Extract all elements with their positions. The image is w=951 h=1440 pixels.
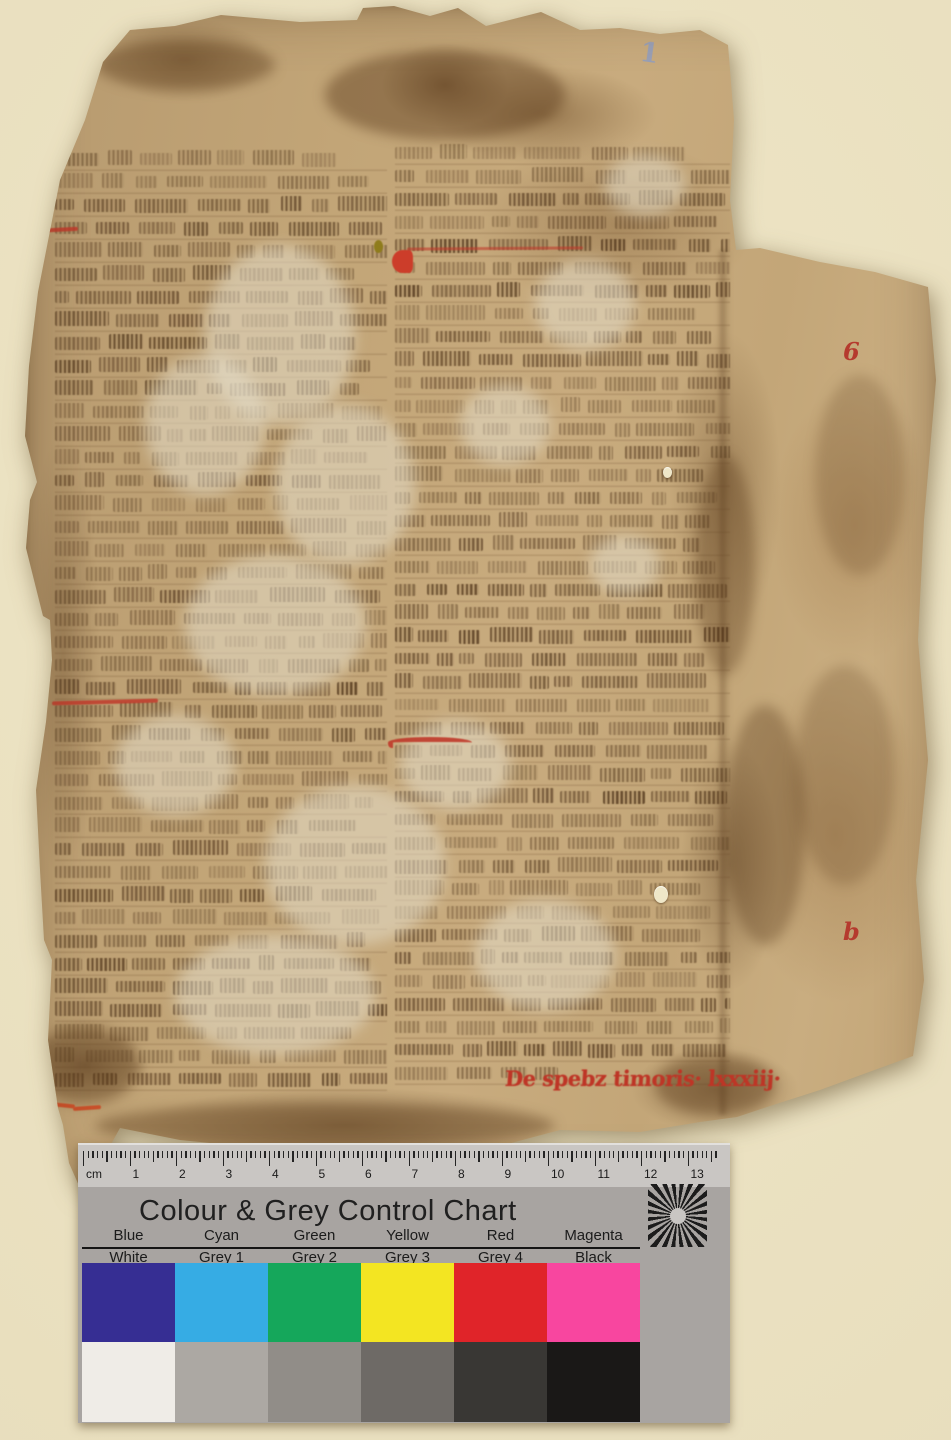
manuscript-text-line [395, 901, 730, 924]
manuscript-word-strokes [606, 745, 642, 757]
manuscript-text-line [55, 194, 387, 217]
ruler-tick [353, 1151, 354, 1158]
manuscript-word-strokes [215, 406, 230, 419]
manuscript-word-strokes [278, 176, 330, 189]
manuscript-word-strokes [132, 958, 165, 970]
manuscript-word-strokes [636, 630, 692, 643]
manuscript-word-strokes [657, 469, 704, 482]
manuscript-word-strokes [257, 682, 288, 695]
mold-stain [275, 405, 415, 565]
manuscript-word-strokes [503, 1021, 538, 1033]
manuscript-text-line [55, 585, 387, 608]
manuscript-word-strokes [395, 604, 428, 619]
manuscript-word-strokes [88, 521, 140, 533]
manuscript-word-strokes [167, 429, 183, 442]
ruler-tick [478, 1151, 479, 1162]
swatch-#e02429 [454, 1263, 547, 1342]
ruler-tick [246, 1151, 247, 1162]
manuscript-word-strokes [150, 406, 178, 418]
manuscript-word-strokes [345, 245, 387, 258]
manuscript-word-strokes [662, 515, 679, 529]
manuscript-word-strokes [473, 147, 515, 159]
manuscript-word-strokes [568, 837, 615, 849]
ruler-tick [223, 1151, 224, 1166]
manuscript-word-strokes [490, 627, 533, 642]
ruler-tick [571, 1151, 572, 1162]
manuscript-text-line [395, 211, 730, 234]
manuscript-word-strokes [651, 768, 671, 779]
ruler-tick [585, 1151, 586, 1158]
label-yellow: Yellow [361, 1227, 454, 1244]
manuscript-text-line [55, 769, 387, 792]
manuscript-text-line [395, 694, 730, 717]
manuscript-word-strokes [267, 429, 311, 440]
manuscript-word-strokes [244, 613, 271, 624]
ruler-number: 1 [133, 1167, 140, 1181]
manuscript-word-strokes [551, 469, 579, 482]
manuscript-word-strokes [55, 173, 93, 188]
manuscript-word-strokes [451, 722, 485, 735]
manuscript-word-strokes [577, 699, 610, 712]
manuscript-word-strokes [586, 351, 642, 366]
manuscript-word-strokes [96, 222, 130, 234]
manuscript-word-strokes [624, 837, 679, 849]
label-cyan: Cyan [175, 1227, 268, 1244]
manuscript-text-line [55, 999, 387, 1022]
manuscript-word-strokes [530, 676, 549, 689]
manuscript-word-strokes [431, 239, 477, 253]
manuscript-word-strokes [681, 768, 730, 782]
ruler-tick [213, 1151, 214, 1158]
manuscript-text-line [55, 953, 387, 976]
manuscript-word-strokes [273, 495, 288, 510]
manuscript-word-strokes [395, 262, 415, 273]
swatch-#aca8a3 [175, 1342, 268, 1422]
manuscript-word-strokes [238, 567, 287, 578]
manuscript-text-line [55, 677, 387, 700]
manuscript-word-strokes [627, 607, 661, 619]
manuscript-word-strokes [611, 998, 656, 1012]
manuscript-word-strokes [148, 521, 178, 535]
manuscript-word-strokes [162, 771, 212, 786]
manuscript-word-strokes [581, 926, 634, 941]
manuscript-word-strokes [180, 751, 205, 763]
manuscript-word-strokes [350, 495, 387, 510]
ruler-tick [636, 1151, 637, 1158]
manuscript-word-strokes [154, 475, 190, 487]
manuscript-word-strokes [140, 153, 172, 165]
manuscript-word-strokes [217, 1027, 237, 1039]
manuscript-word-strokes [276, 797, 294, 809]
ruler-tick [632, 1151, 633, 1158]
manuscript-word-strokes [436, 331, 489, 342]
manuscript-word-strokes [688, 377, 730, 389]
manuscript-word-strokes [650, 883, 700, 895]
manuscript-text-line [395, 188, 730, 211]
manuscript-word-strokes [55, 495, 104, 510]
manuscript-word-strokes [119, 426, 161, 441]
manuscript-word-strokes [178, 150, 211, 165]
ruler-number: 2 [179, 1167, 186, 1181]
ruler-tick [697, 1151, 698, 1158]
manuscript-word-strokes [500, 331, 544, 343]
manuscript-word-strokes [681, 952, 697, 963]
ruler-tick [181, 1151, 182, 1158]
manuscript-word-strokes [395, 837, 435, 850]
swatch-#1a1817 [547, 1342, 640, 1422]
chart-title: Colour & Grey Control Chart [139, 1195, 517, 1228]
manuscript-word-strokes [119, 567, 142, 581]
manuscript-word-strokes [247, 820, 266, 832]
manuscript-word-strokes [395, 515, 426, 527]
manuscript-word-strokes [352, 843, 387, 854]
manuscript-word-strokes [201, 728, 224, 741]
manuscript-word-strokes [312, 199, 329, 212]
mold-stain [400, 720, 510, 810]
manuscript-word-strokes [82, 843, 125, 856]
manuscript-word-strokes [587, 515, 602, 527]
ruler-tick [92, 1151, 93, 1158]
manuscript-word-strokes [552, 906, 600, 920]
manuscript-text-line [395, 947, 730, 970]
manuscript-word-strokes [243, 774, 294, 785]
manuscript-word-strokes [517, 906, 543, 919]
manuscript-word-strokes [190, 429, 207, 441]
manuscript-word-strokes [421, 377, 475, 389]
ruler-tick [711, 1151, 712, 1162]
manuscript-word-strokes [438, 604, 458, 619]
manuscript-word-strokes [246, 475, 282, 486]
ruler-tick [474, 1151, 475, 1158]
mold-stain [535, 260, 635, 350]
manuscript-word-strokes [502, 952, 520, 963]
brown-stain [95, 1103, 555, 1148]
stitching-thread [73, 1105, 101, 1111]
manuscript-word-strokes [148, 564, 168, 579]
manuscript-text-line [395, 1039, 730, 1062]
manuscript-text-line [395, 717, 730, 740]
manuscript-word-strokes [133, 912, 161, 924]
manuscript-word-strokes [299, 636, 315, 648]
ruler-tick [367, 1151, 368, 1158]
manuscript-word-strokes [563, 193, 579, 205]
manuscript-word-strokes [416, 400, 465, 413]
manuscript-word-strokes [359, 774, 387, 785]
manuscript-word-strokes [295, 311, 333, 326]
ruler-tick [97, 1151, 98, 1158]
ruler-tick [199, 1151, 200, 1162]
ruler-tick [218, 1151, 219, 1158]
manuscript-word-strokes [395, 860, 448, 874]
manuscript-word-strokes [281, 935, 339, 949]
manuscript-word-strokes [55, 153, 99, 166]
manuscript-word-strokes [198, 199, 240, 211]
manuscript-word-strokes [509, 193, 557, 206]
manuscript-word-strokes [55, 912, 76, 924]
manuscript-word-strokes [342, 406, 381, 420]
manuscript-word-strokes [289, 222, 339, 236]
manuscript-word-strokes [610, 492, 642, 504]
manuscript-word-strokes [247, 452, 286, 465]
manuscript-word-strokes [55, 426, 110, 441]
manuscript-word-strokes [253, 150, 294, 165]
manuscript-word-strokes [575, 262, 631, 274]
ruler-tick [646, 1151, 647, 1158]
mold-stain [265, 785, 445, 945]
ruler-tick [557, 1151, 558, 1158]
manuscript-word-strokes [395, 193, 449, 206]
ruler-number: 3 [226, 1167, 233, 1181]
manuscript-text-line [395, 142, 730, 165]
manuscript-text-line [55, 493, 387, 516]
mold-stain [475, 900, 615, 1010]
manuscript-word-strokes [596, 170, 627, 184]
manuscript-word-strokes [365, 728, 387, 740]
manuscript-word-strokes [668, 584, 726, 598]
ruler-tick [436, 1151, 437, 1158]
manuscript-word-strokes [240, 268, 283, 281]
manuscript-text-line [395, 349, 730, 372]
manuscript-word-strokes [615, 216, 669, 229]
manuscript-word-strokes [395, 745, 422, 758]
manuscript-word-strokes [573, 607, 590, 619]
manuscript-word-strokes [423, 676, 462, 689]
manuscript-text-line [395, 970, 730, 993]
manuscript-word-strokes [112, 725, 141, 740]
manuscript-word-strokes [423, 351, 472, 366]
manuscript-word-strokes [431, 515, 490, 526]
manuscript-word-strokes [647, 745, 707, 759]
manuscript-word-strokes [480, 377, 522, 391]
manuscript-word-strokes [636, 423, 694, 436]
ruler-tick [348, 1151, 349, 1158]
manuscript-word-strokes [326, 268, 353, 280]
ruler-tick [404, 1151, 405, 1158]
manuscript-word-strokes [553, 1041, 582, 1056]
manuscript-word-strokes [55, 380, 93, 395]
manuscript-word-strokes [55, 311, 109, 326]
manuscript-word-strokes [250, 222, 278, 236]
manuscript-word-strokes [291, 518, 346, 533]
manuscript-text-line [395, 648, 730, 671]
manuscript-word-strokes [395, 929, 436, 942]
manuscript-text-line [395, 993, 730, 1016]
manuscript-word-strokes [599, 446, 613, 460]
manuscript-word-strokes [145, 380, 198, 395]
manuscript-word-strokes [459, 653, 474, 664]
manuscript-word-strokes [99, 357, 140, 372]
manuscript-word-strokes [156, 935, 185, 947]
manuscript-word-strokes [648, 354, 670, 365]
manuscript-word-strokes [149, 728, 191, 740]
manuscript-word-strokes [323, 429, 349, 443]
manuscript-word-strokes [585, 193, 629, 205]
manuscript-word-strokes [238, 935, 269, 949]
manuscript-word-strokes [253, 866, 298, 879]
manuscript-word-strokes [418, 630, 448, 642]
manuscript-word-strokes [674, 604, 705, 619]
manuscript-word-strokes [538, 561, 589, 575]
ruler-tick [260, 1151, 261, 1158]
manuscript-word-strokes [520, 423, 550, 435]
manuscript-text-line [395, 441, 730, 464]
manuscript-text-line [55, 539, 387, 562]
manuscript-parchment: 6 b De spebz timoris· lxxxiij· 1 [25, 5, 940, 1190]
manuscript-word-strokes [104, 935, 146, 947]
ruler-tick [385, 1151, 386, 1162]
manuscript-text-line [395, 510, 730, 533]
manuscript-word-strokes [508, 607, 528, 619]
manuscript-word-strokes [459, 860, 485, 873]
manuscript-word-strokes [610, 515, 654, 527]
manuscript-word-strokes [130, 610, 175, 625]
ruler-number: 6 [365, 1167, 372, 1181]
manuscript-word-strokes [707, 952, 730, 963]
manuscript-word-strokes [186, 521, 229, 534]
manuscript-word-strokes [205, 794, 238, 809]
manuscript-word-strokes [395, 446, 446, 459]
ruler-tick [469, 1151, 470, 1158]
manuscript-word-strokes [368, 1004, 387, 1016]
ruler-tick [418, 1151, 419, 1158]
manuscript-word-strokes [301, 1027, 351, 1039]
ruler-tick [167, 1151, 168, 1158]
manuscript-text-line [55, 516, 387, 539]
ruler-tick [455, 1151, 456, 1166]
manuscript-word-strokes [395, 952, 411, 964]
manuscript-word-strokes [207, 659, 248, 673]
manuscript-word-strokes [289, 268, 320, 280]
manuscript-word-strokes [55, 449, 79, 464]
manuscript-word-strokes [55, 817, 80, 832]
manuscript-word-strokes [707, 354, 730, 368]
manuscript-text-line [55, 355, 387, 378]
manuscript-word-strokes [116, 475, 143, 486]
manuscript-word-strokes [291, 449, 317, 464]
manuscript-word-strokes [523, 400, 549, 414]
manuscript-word-strokes [533, 308, 549, 319]
manuscript-word-strokes [625, 538, 676, 549]
brown-stain [95, 40, 275, 90]
red-quire-mark-upper: 6 [843, 337, 860, 366]
manuscript-word-strokes [297, 498, 339, 510]
manuscript-text-line [395, 671, 730, 694]
manuscript-word-strokes [455, 446, 497, 459]
manuscript-word-strokes [316, 1001, 360, 1016]
manuscript-word-strokes [55, 866, 111, 878]
manuscript-word-strokes [457, 1021, 496, 1035]
manuscript-text-line [55, 240, 387, 263]
ruler-tick [134, 1151, 135, 1158]
manuscript-word-strokes [395, 466, 443, 481]
manuscript-text-column-1 [55, 148, 387, 1091]
manuscript-text-line [395, 418, 730, 441]
manuscript-word-strokes [293, 682, 329, 696]
manuscript-word-strokes [237, 521, 285, 534]
manuscript-word-strokes [495, 308, 523, 319]
manuscript-text-line [395, 924, 730, 947]
manuscript-word-strokes [169, 314, 203, 327]
manuscript-word-strokes [457, 1067, 492, 1079]
manuscript-word-strokes [55, 268, 97, 281]
manuscript-text-line [395, 832, 730, 855]
ruler-tick [567, 1151, 568, 1158]
ruler-tick [162, 1151, 163, 1158]
manuscript-word-strokes [492, 216, 510, 227]
manuscript-word-strokes [531, 377, 552, 389]
manuscript-word-strokes [55, 242, 102, 257]
manuscript-word-strokes [198, 472, 236, 487]
ruler-tick [618, 1151, 619, 1162]
label-green: Green [268, 1227, 361, 1244]
ruler-tick [590, 1151, 591, 1158]
manuscript-word-strokes [493, 262, 512, 275]
brown-stain [655, 1055, 775, 1115]
manuscript-word-strokes [595, 285, 639, 298]
mold-stain [205, 245, 355, 425]
manuscript-word-strokes [173, 840, 228, 855]
manuscript-word-strokes [55, 291, 69, 303]
manuscript-word-strokes [93, 406, 144, 418]
manuscript-word-strokes [631, 814, 659, 826]
manuscript-word-strokes [477, 788, 528, 803]
manuscript-word-strokes [55, 679, 79, 694]
manuscript-word-strokes [304, 794, 348, 809]
manuscript-word-strokes [503, 765, 538, 780]
manuscript-text-line [395, 1062, 730, 1085]
manuscript-word-strokes [395, 328, 430, 343]
manuscript-word-strokes [701, 998, 716, 1012]
manuscript-text-line [55, 447, 387, 470]
ruler-tick [562, 1151, 563, 1158]
swatch-#362e93 [82, 1263, 175, 1342]
manuscript-word-strokes [395, 561, 430, 573]
manuscript-word-strokes [212, 426, 259, 441]
manuscript-word-strokes [345, 866, 387, 878]
manuscript-word-strokes [532, 167, 584, 182]
manuscript-word-strokes [632, 400, 672, 412]
manuscript-word-strokes [517, 216, 539, 228]
folio-number: 1 [638, 37, 661, 70]
manuscript-word-strokes [548, 765, 592, 780]
manuscript-word-strokes [625, 952, 669, 966]
manuscript-word-strokes [665, 998, 695, 1011]
manuscript-word-strokes [395, 998, 445, 1011]
ruler-number: 11 [598, 1167, 610, 1181]
manuscript-text-line [395, 464, 730, 487]
label-red: Red [454, 1227, 547, 1244]
manuscript-word-strokes [599, 604, 620, 619]
manuscript-word-strokes [116, 981, 166, 992]
manuscript-word-strokes [323, 633, 364, 648]
manuscript-text-line [55, 907, 387, 930]
manuscript-word-strokes [559, 308, 597, 321]
manuscript-word-strokes [55, 521, 79, 533]
manuscript-word-strokes [330, 288, 363, 303]
manuscript-word-strokes [248, 797, 268, 808]
manuscript-word-strokes [605, 308, 638, 320]
manuscript-word-strokes [103, 265, 145, 280]
manuscript-word-strokes [437, 653, 454, 666]
manuscript-word-strokes [160, 659, 202, 671]
ruler-tick [446, 1151, 447, 1158]
manuscript-word-strokes [217, 751, 243, 764]
manuscript-text-line [55, 608, 387, 631]
swatch-#f3e522 [361, 1263, 454, 1342]
manuscript-word-strokes [505, 745, 544, 757]
manuscript-word-strokes [124, 452, 140, 464]
ruler-tick [311, 1151, 312, 1158]
